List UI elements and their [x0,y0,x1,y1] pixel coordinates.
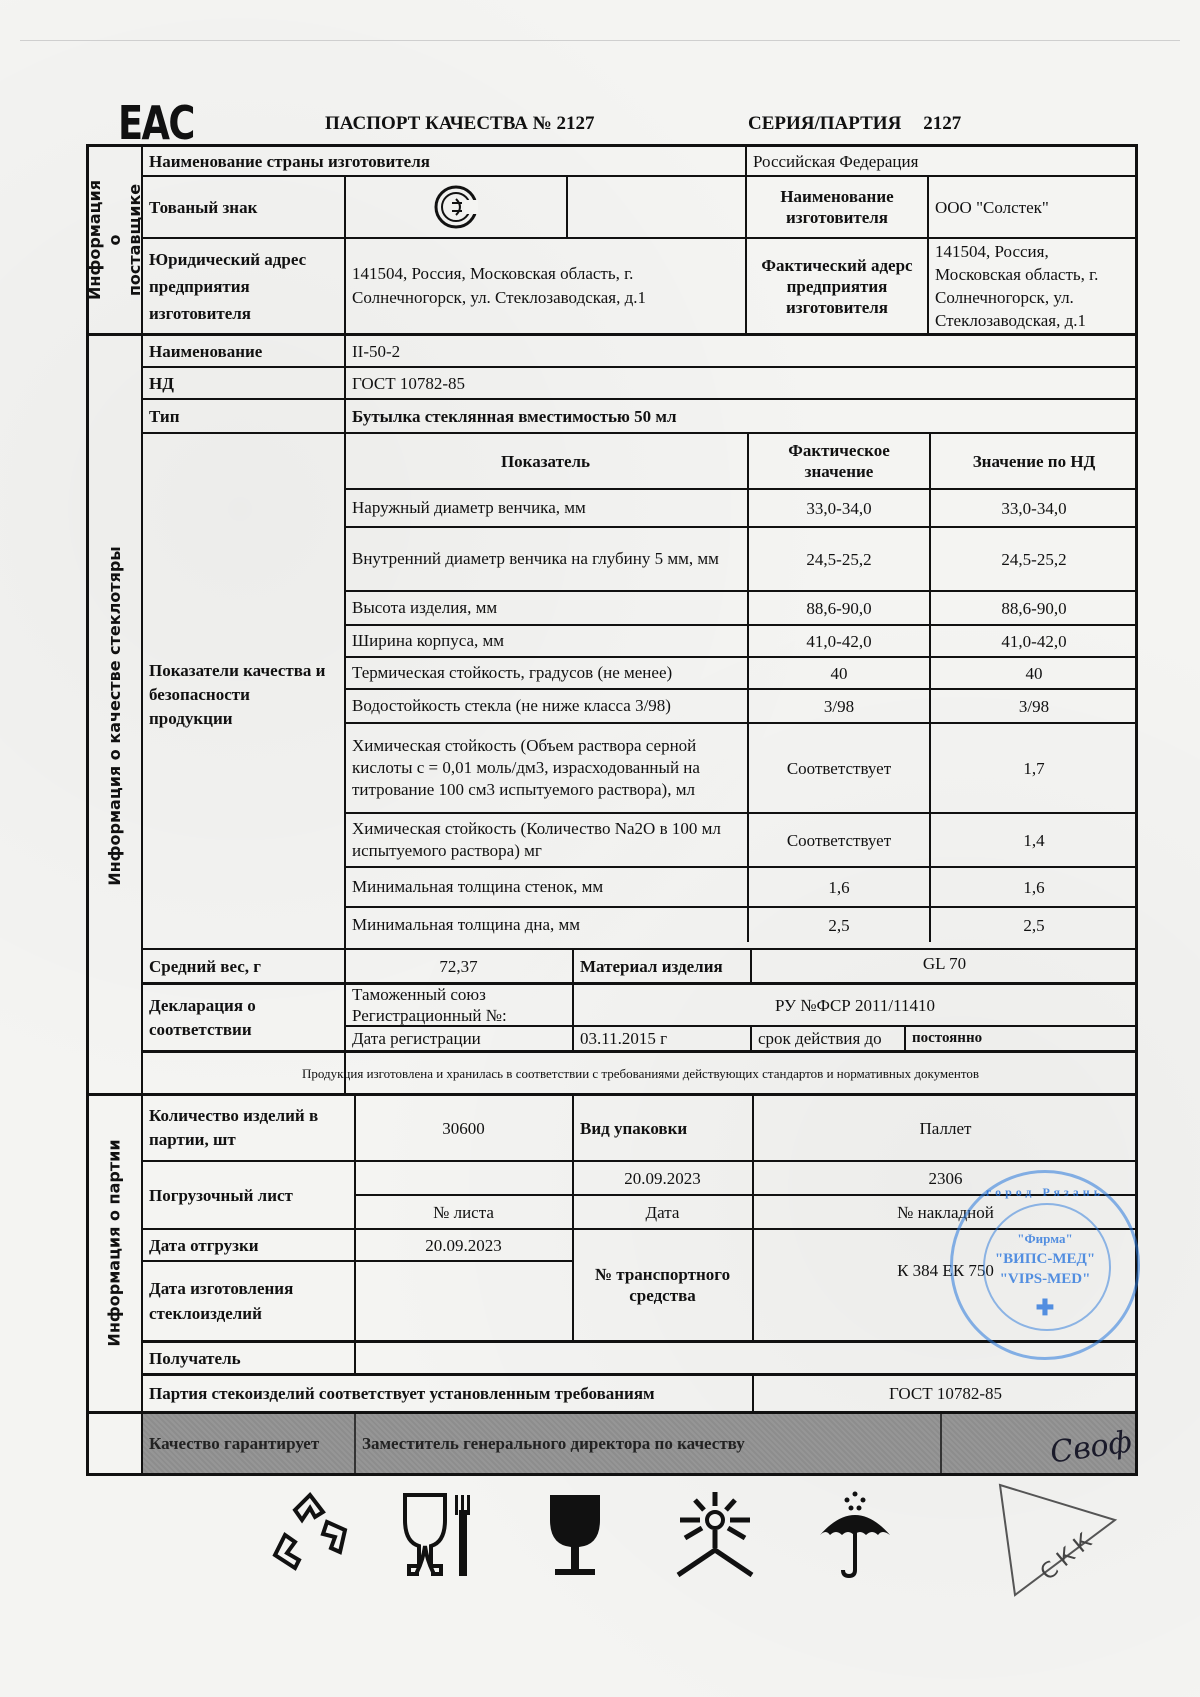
indicator-nd: 24,5-25,2 [931,528,1137,590]
divider [566,177,568,237]
loading-sheet-label: Погрузочный лист [143,1162,353,1228]
maker-name-label: Наименование изготовителя [747,177,927,237]
stamp-line1: "Фирма" [953,1231,1137,1247]
sheet-date-label: Дата [574,1196,751,1228]
indicator-name: Наружный диаметр венчика, мм [346,490,745,526]
food-safe-glass-fork-icon [400,1490,480,1580]
ship-date-value: 20.09.2023 [356,1230,571,1260]
indicator-name: Ширина корпуса, мм [346,626,745,656]
packaging-label: Вид упаковки [574,1096,749,1160]
indicator-nd: 3/98 [931,690,1137,722]
quality-passport-page: EAC ПАСПОРТ КАЧЕСТВА № 2127 СЕРИЯ/ПАРТИЯ… [0,0,1200,1697]
sheet-no-label: № листа [356,1196,571,1228]
indicator-name: Высота изделия, мм [346,592,745,624]
indicator-nd: 2,5 [931,908,1137,942]
material-label: Материал изделия [574,950,749,982]
indicator-name: Минимальная толщина стенок, мм [346,868,745,906]
solstek-logo-icon [346,177,566,237]
stamp-line2: "ВИПС-МЕД" [953,1251,1137,1268]
series-value: 2127 [923,113,961,134]
sheet-date-value: 20.09.2023 [574,1162,751,1194]
type-label: Тип [143,400,343,432]
recipient-label: Получатель [143,1343,353,1373]
company-stamp: "Фирма" "ВИПС-МЕД" "VIPS-MED" город Ряза… [950,1170,1140,1360]
indicator-actual: 41,0-42,0 [749,626,929,656]
keep-away-from-sunlight-icon [670,1490,760,1580]
indicator-actual: 1,6 [749,868,929,906]
scan-edge [20,40,1180,41]
legal-address-label: Юридический адрес предприятия изготовите… [143,239,343,333]
indicator-actual: Соответствует [749,814,929,866]
indicator-nd: 41,0-42,0 [931,626,1137,656]
maker-name-value: ООО "Солстек" [929,177,1137,237]
quality-section-label: Информация о качестве стеклотяры [89,336,141,1096]
indicator-nd: 40 [931,658,1137,688]
customs-label: Таможенный союз Регистрационный №: [346,985,571,1025]
customs-value: РУ №ФСР 2011/11410 [574,985,1136,1025]
eac-mark: EAC [118,96,194,150]
stamp-ring: город Рязань [953,1185,1137,1200]
compliance-note: Продукция изготовлена и хранилась в соот… [143,1053,1138,1093]
indicator-actual: 33,0-34,0 [749,490,929,526]
indicator-nd: 1,6 [931,868,1137,906]
quantity-label: Количество изделий в партии, шт [143,1096,353,1160]
medical-cross-icon: ✚ [953,1295,1137,1321]
indicator-nd: 33,0-34,0 [931,490,1137,526]
svg-text:СКК: СКК [1036,1525,1102,1586]
indicator-name: Минимальная толщина дна, мм [346,908,745,942]
ship-date-label: Дата отгрузки [143,1230,353,1260]
indicator-actual: Соответствует [749,724,929,812]
fragile-glass-icon [545,1490,605,1580]
divider [929,434,931,942]
vehicle-label: № транспортного средства [574,1230,751,1340]
column-header-actual: Фактическое значение [749,434,929,488]
indicator-actual: 24,5-25,2 [749,528,929,590]
trademark-label: Тованый знак [143,177,343,237]
indicator-actual: 3/98 [749,690,929,722]
indicator-nd: 1,7 [931,724,1137,812]
indicator-nd: 88,6-90,0 [931,592,1137,624]
legal-address-value: 141504, Россия, Московская область, г. С… [346,239,744,333]
batch-section-label: Информация о партии [89,1096,141,1390]
actual-address-value: 141504, Россия, Московская область, г. С… [929,239,1137,333]
column-header-nd: Значение по НД [931,434,1137,488]
name-label: Наименование [143,336,343,366]
sheet-no-value [356,1162,571,1194]
keep-dry-umbrella-icon [815,1490,895,1580]
indicator-nd: 1,4 [931,814,1137,866]
actual-address-label: Фактический адерс предприятия изготовите… [747,239,927,333]
valid-until-label: срок действия до [752,1027,902,1050]
mfg-date-value [356,1262,571,1340]
packaging-value: Паллет [754,1096,1137,1160]
indicator-name: Термическая стойкость, градусов (не мене… [346,658,745,688]
divider [940,1414,942,1473]
conformity-value: ГОСТ 10782-85 [754,1376,1137,1411]
guarantor-title: Заместитель генерального директора по ка… [356,1414,936,1473]
indicator-name: Внутренний диаметр венчика на глубину 5 … [346,528,745,590]
column-header-indicator: Показатель [346,434,745,488]
series-label: СЕРИЯ/ПАРТИЯ2127 [748,113,961,135]
avg-weight-label: Средний вес, г [143,950,343,982]
type-value: Бутылка стеклянная вместимостью 50 мл [346,400,1136,432]
reg-date-label: Дата регистрации [346,1027,571,1050]
indicator-actual: 2,5 [749,908,929,942]
name-value: II-50-2 [346,336,1136,366]
indicator-actual: 40 [749,658,929,688]
indicators-label: Показатели качества и безопасности проду… [143,434,343,956]
declaration-label: Декларация о соответствии [143,985,343,1050]
indicator-name: Химическая стойкость (Количество Na2O в … [346,814,745,866]
indicator-actual: 88,6-90,0 [749,592,929,624]
series-label-text: СЕРИЯ/ПАРТИЯ [748,113,901,134]
material-value: GL 70 [752,948,1137,978]
conformity-label: Партия стекоизделий соответствует устано… [143,1376,751,1411]
avg-weight-value: 72,37 [346,950,571,982]
indicator-name: Химическая стойкость (Объем раствора сер… [346,724,745,812]
document-title: ПАСПОРТ КАЧЕСТВА № 2127 [325,113,595,135]
divider [747,434,749,942]
recycle-icon [265,1490,355,1580]
country-value: Российская Федерация [747,147,1137,175]
country-label: Наименование страны изготовителя [143,147,743,175]
supplier-section-label: Информация о поставщике [89,147,141,333]
nd-value: ГОСТ 10782-85 [346,368,1136,398]
mfg-date-label: Дата изготовления стеклоизделий [143,1262,353,1340]
guarantee-label: Качество гарантирует [143,1414,353,1473]
valid-until-value: постоянно [906,1027,1136,1050]
nd-label: НД [143,368,343,398]
indicator-name: Водостойкость стекла (не ниже класса 3/9… [346,690,745,722]
quantity-value: 30600 [356,1096,571,1160]
reg-date-value: 03.11.2015 г [574,1027,749,1050]
ckk-stamp: СКК [990,1480,1120,1600]
stamp-line3: "VIPS-MED" [953,1271,1137,1288]
